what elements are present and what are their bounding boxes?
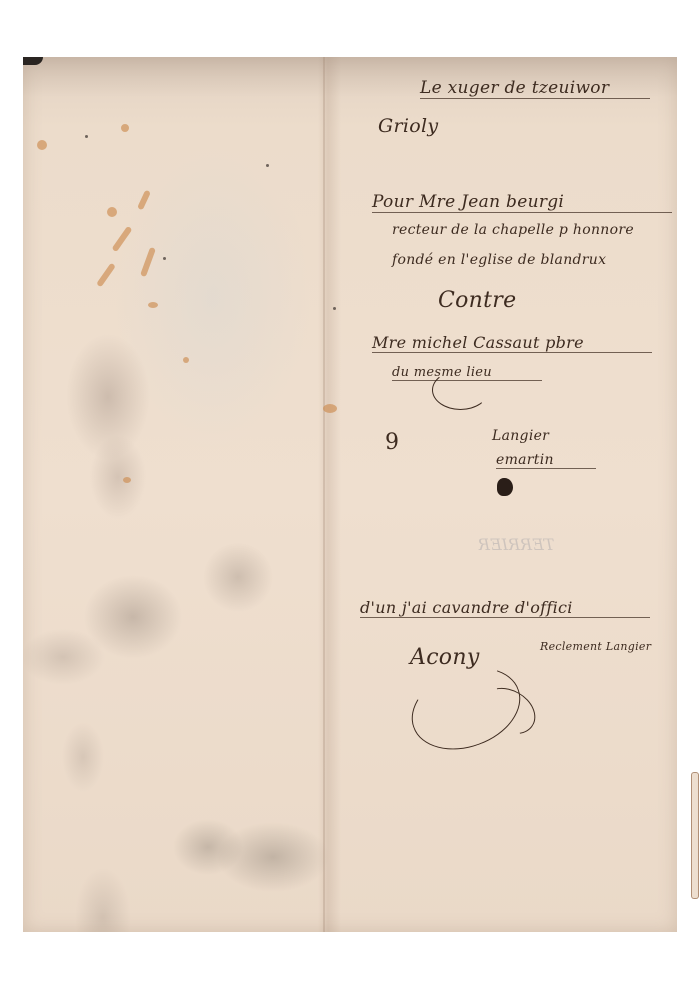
name-emartin: emartin — [496, 452, 596, 469]
signature: Acony — [410, 645, 480, 670]
manuscript-page: TERRIER — [23, 57, 677, 932]
stain — [148, 302, 158, 308]
ink-blot — [497, 478, 513, 496]
center-fold — [323, 57, 325, 932]
text-line-1: Pour Mre Jean beurgi — [372, 192, 672, 213]
bleed-through-text: TERRIER — [478, 535, 555, 554]
stain — [37, 140, 47, 150]
text-line-3: fondé en l'eglise de blandrux — [392, 252, 606, 268]
heading-line: Le xuger de tzeuiwor — [420, 78, 650, 99]
folio-number: 9 — [385, 430, 399, 455]
paraph-loop — [432, 370, 489, 410]
signature-annotation: Reclement Langier — [540, 640, 651, 653]
speck — [85, 135, 88, 138]
contre-word: Contre — [438, 288, 516, 313]
stain — [140, 247, 156, 277]
stain — [323, 404, 337, 413]
speck — [266, 164, 269, 167]
stain — [123, 477, 131, 483]
paper-edge-tab — [691, 772, 699, 899]
text-line-4: Mre michel Cassaut pbre — [372, 333, 652, 353]
stain — [96, 263, 116, 288]
stain — [112, 226, 133, 252]
stain — [107, 207, 117, 217]
text-line-2: recteur de la chapelle p honnore — [392, 222, 634, 238]
name-langier: Langier — [492, 428, 549, 444]
stain — [137, 190, 151, 211]
stain — [183, 357, 189, 363]
grioly-word: Grioly — [378, 115, 438, 137]
speck — [333, 307, 336, 310]
text-line-6: d'un j'ai cavandre d'offici — [360, 598, 650, 618]
stain — [121, 124, 129, 132]
speck — [163, 257, 166, 260]
